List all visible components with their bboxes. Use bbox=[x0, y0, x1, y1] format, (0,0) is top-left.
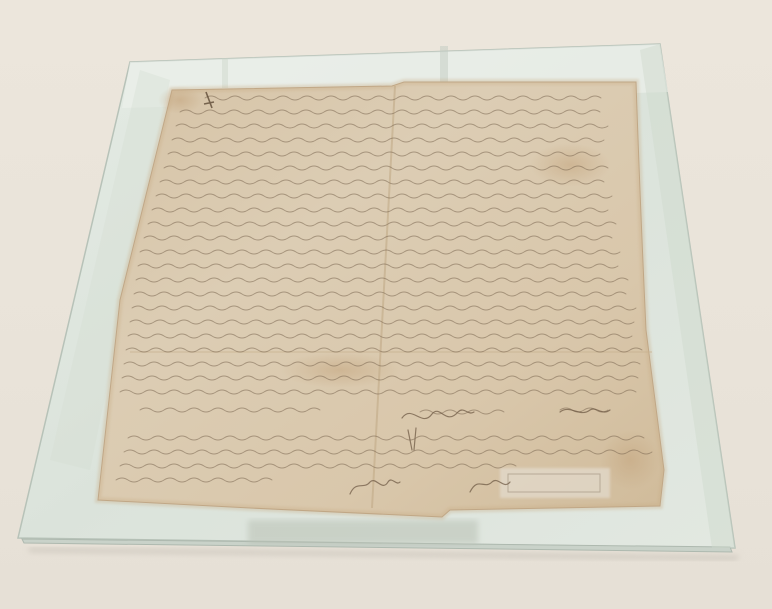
photo-scene: Photograph of an aged handwritten manusc… bbox=[0, 0, 772, 609]
glass-mount bbox=[0, 0, 772, 609]
